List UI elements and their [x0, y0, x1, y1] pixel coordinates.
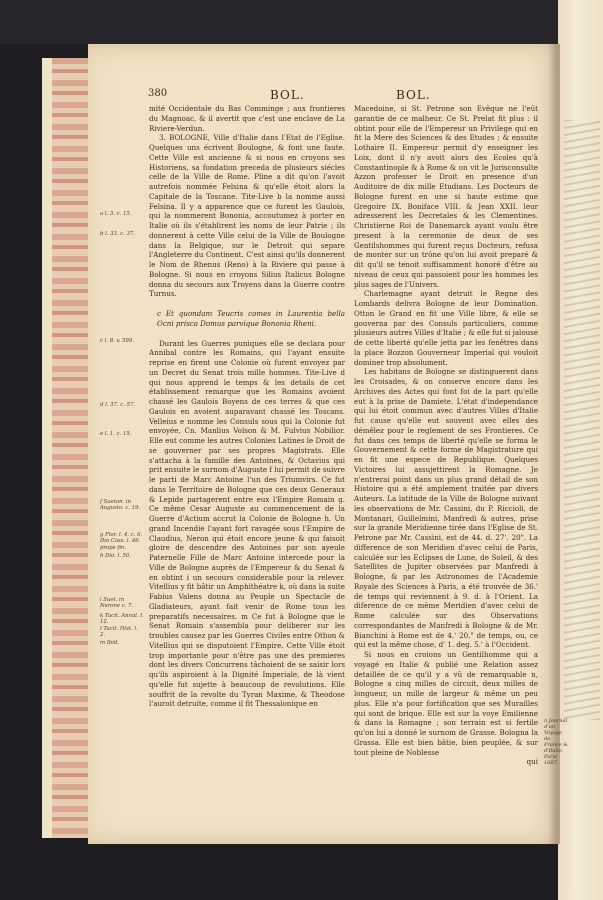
paragraph: Charlemagne ayant detruit le Regne des L…: [354, 289, 538, 367]
dark-background: [0, 0, 603, 44]
margin-note: b l. 33. c. 37.: [100, 231, 144, 237]
paragraph: 3. BOLOGNE, Ville d'Italie dans l'Etat d…: [149, 133, 345, 299]
right-text-column: Macedoine, si St. Petrone son Evêque ne …: [354, 104, 538, 767]
paragraph: mité Occidentale du Bas Comminge ; aux f…: [149, 104, 345, 133]
catchword: qui: [354, 757, 538, 767]
left-text-column: mité Occidentale du Bas Comminge ; aux f…: [149, 104, 345, 709]
right-margin-note: n Journal d'un Voyage de France & d'Ital…: [544, 718, 568, 766]
margin-note: k Tacit. Annal. l. 12.: [100, 613, 144, 626]
margin-note: c l. 8. v. 599.: [100, 338, 144, 344]
margin-note: m Ibid.: [100, 640, 144, 646]
paragraph: Durant les Guerres puniques elle se decl…: [149, 339, 345, 710]
paragraph: Si nous en croions un Gentilhomme qui a …: [354, 650, 538, 757]
running-head-right: BOL.: [396, 88, 431, 102]
sprinkled-page-edges: [52, 58, 90, 838]
facing-page-text-blur: [564, 120, 600, 720]
paragraph: Macedoine, si St. Petrone son Evêque ne …: [354, 104, 538, 289]
page-number: 380: [148, 88, 167, 99]
margin-note: f Sueton. in Augusto. c. 19.: [100, 499, 144, 512]
verse-quote: c Et quondam Teucris comes in Laurentia …: [149, 309, 345, 329]
margin-note: i Suet. in Nerone c. 7.: [100, 597, 144, 610]
paragraph: Les habitans de Bologne se distinguerent…: [354, 367, 538, 650]
book-spine-highlight: [42, 58, 52, 838]
margin-note: l Tacit. Hist. l. 2.: [100, 626, 144, 639]
margin-note: d l. 37. c. 57.: [100, 402, 144, 408]
margin-note: a l. 3. c. 15.: [100, 211, 144, 217]
margin-note: e l. 1. c. 15.: [100, 431, 144, 437]
margin-note: h Dio. l. 50.: [100, 553, 144, 559]
margin-note: g Flor. l. 4. c. 6. Dio Cass. l. 46. pro…: [100, 532, 144, 551]
running-head-left: BOL.: [270, 88, 305, 102]
